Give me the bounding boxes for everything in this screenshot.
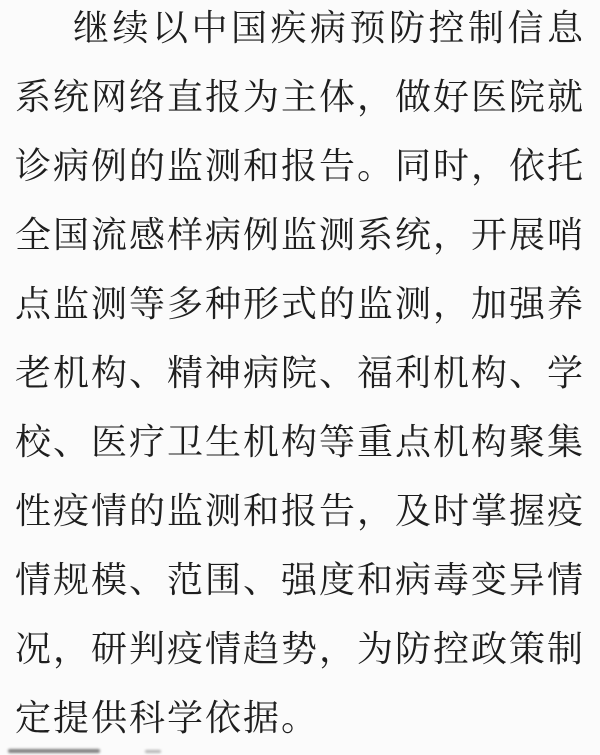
text-line: 继续以中国疾病预防控制信息 — [15, 0, 585, 63]
text-line: 况，研判疫情趋势，为防控政策制 — [15, 615, 585, 684]
text-line: 性疫情的监测和报告，及时掌握疫 — [15, 477, 585, 546]
text-line: 点监测等多种形式的监测，加强养 — [15, 270, 585, 339]
text-line: 定提供科学依据。 — [15, 684, 585, 753]
text-line: 诊病例的监测和报告。同时，依托 — [15, 132, 585, 201]
text-line: 情规模、范围、强度和病毒变异情 — [15, 546, 585, 615]
text-line: 老机构、精神病院、福利机构、学 — [15, 339, 585, 408]
clipped-next-line-fragment — [8, 749, 100, 753]
text-line: 全国流感样病例监测系统，开展哨 — [15, 201, 585, 270]
document-page: 继续以中国疾病预防控制信息 系统网络直报为主体，做好医院就 诊病例的监测和报告。… — [0, 0, 600, 755]
clipped-next-line-fragment — [145, 750, 161, 753]
paragraph: 继续以中国疾病预防控制信息 系统网络直报为主体，做好医院就 诊病例的监测和报告。… — [15, 0, 585, 753]
text-line: 校、医疗卫生机构等重点机构聚集 — [15, 408, 585, 477]
text-line: 系统网络直报为主体，做好医院就 — [15, 63, 585, 132]
